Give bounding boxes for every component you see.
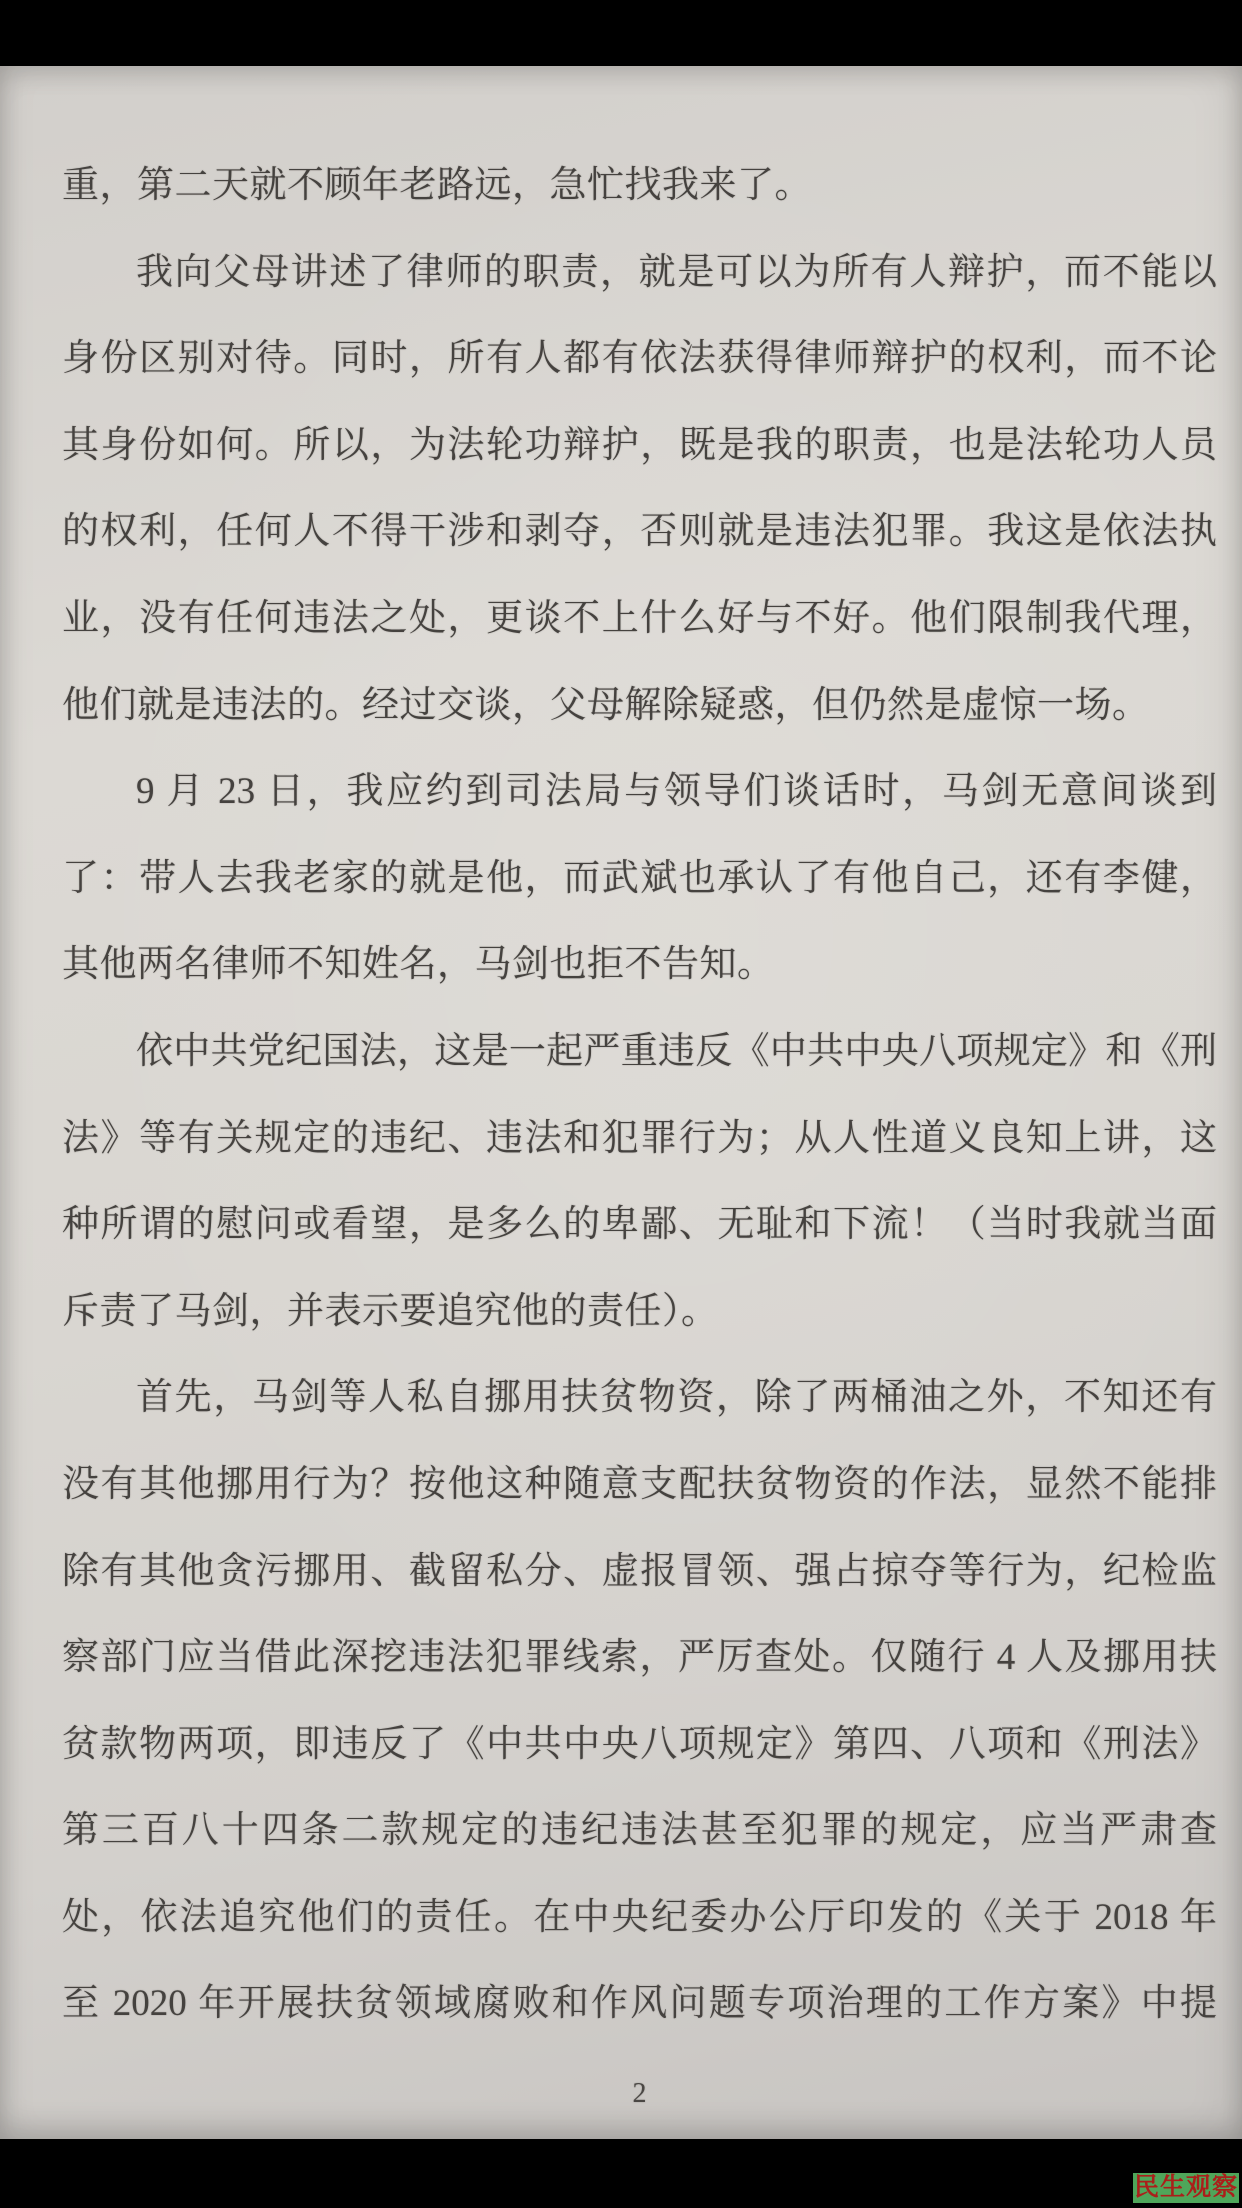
paper-page: 重，第二天就不顾年老路远，急忙找我来了。 我向父母讲述了律师的职责，就是可以为所… bbox=[0, 66, 1242, 2139]
top-letterbox-bar bbox=[0, 0, 1242, 66]
doc-line: 的权利，任何人不得干涉和剥夺，否则就是违法犯罪。我这是依法执 bbox=[62, 511, 1217, 553]
doc-line: 处，依法追究他们的责任。在中央纪委办公厅印发的《关于 2018 年 bbox=[62, 1897, 1217, 1939]
doc-line: 其他两名律师不知姓名，马剑也拒不告知。 bbox=[62, 944, 1217, 986]
doc-line: 没有其他挪用行为？按他这种随意支配扶贫物资的作法，显然不能排 bbox=[62, 1464, 1217, 1506]
doc-line: 依中共党纪国法，这是一起严重违反《中共中央八项规定》和《刑 bbox=[62, 1031, 1217, 1073]
photo-of-document-page: { "doc": { "lines": [ "重，第二天就不顾年老路远，急忙找我… bbox=[0, 0, 1242, 2208]
doc-line: 我向父母讲述了律师的职责，就是可以为所有人辩护，而不能以 bbox=[62, 252, 1217, 294]
doc-line: 其身份如何。所以，为法轮功辩护，既是我的职责，也是法轮功人员 bbox=[62, 425, 1217, 467]
doc-line: 首先，马剑等人私自挪用扶贫物资，除了两桶油之外，不知还有 bbox=[62, 1377, 1217, 1419]
doc-line: 了：带人去我老家的就是他，而武斌也承认了有他自己，还有李健， bbox=[62, 858, 1217, 900]
bottom-letterbox-bar bbox=[0, 2139, 1242, 2208]
doc-line: 除有其他贪污挪用、截留私分、虚报冒领、强占掠夺等行为，纪检监 bbox=[62, 1551, 1217, 1593]
doc-line: 业，没有任何违法之处，更谈不上什么好与不好。他们限制我代理， bbox=[62, 598, 1217, 640]
doc-line: 斥责了马剑，并表示要追究他的责任）。 bbox=[62, 1291, 1217, 1333]
page-number: 2 bbox=[62, 2078, 1217, 2110]
doc-line: 贫款物两项，即违反了《中共中央八项规定》第四、八项和《刑法》 bbox=[62, 1724, 1217, 1766]
doc-line: 察部门应当借此深挖违法犯罪线索，严厉查处。仅随行 4 人及挪用扶 bbox=[62, 1637, 1217, 1679]
doc-line: 第三百八十四条二款规定的违纪违法甚至犯罪的规定，应当严肃查 bbox=[62, 1810, 1217, 1852]
doc-line: 种所谓的慰问或看望，是多么的卑鄙、无耻和下流！（当时我就当面 bbox=[62, 1204, 1217, 1246]
doc-line: 重，第二天就不顾年老路远，急忙找我来了。 bbox=[62, 165, 1217, 207]
doc-line: 至 2020 年开展扶贫领域腐败和作风问题专项治理的工作方案》中提 bbox=[62, 1983, 1217, 2025]
watermark-badge: 民生观察 bbox=[1133, 2173, 1239, 2203]
doc-line: 身份区别对待。同时，所有人都有依法获得律师辩护的权利，而不论 bbox=[62, 338, 1217, 380]
doc-line: 他们就是违法的。经过交谈，父母解除疑惑，但仍然是虚惊一场。 bbox=[62, 685, 1217, 727]
doc-line: 9 月 23 日，我应约到司法局与领导们谈话时，马剑无意间谈到 bbox=[62, 771, 1217, 813]
doc-line: 法》等有关规定的违纪、违法和犯罪行为；从人性道义良知上讲，这 bbox=[62, 1118, 1217, 1160]
watermark-text: 民生观察 bbox=[1134, 2173, 1238, 2203]
